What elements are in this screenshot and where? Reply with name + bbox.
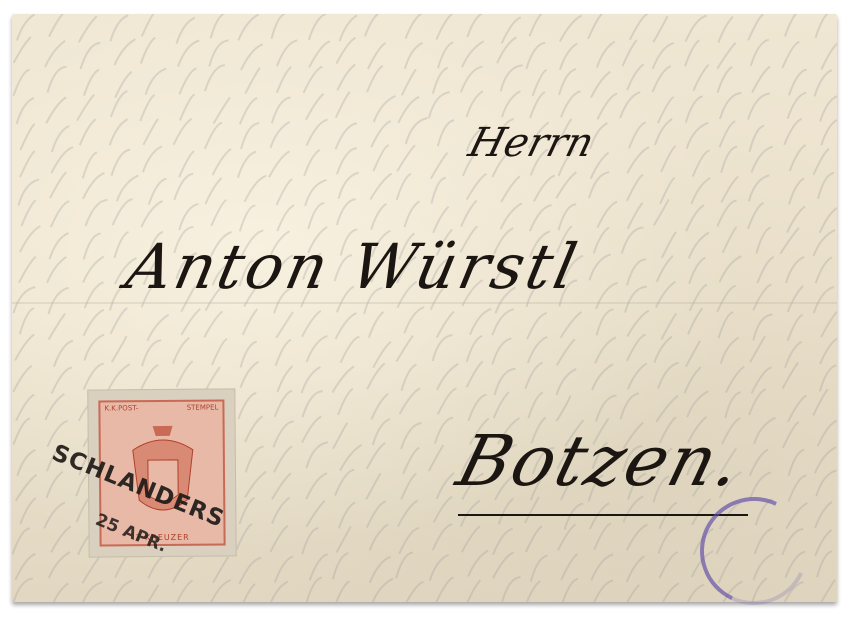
stamp-text-left: K.K.POST- bbox=[104, 404, 138, 412]
stamp-top-text: K.K.POST- STEMPEL bbox=[104, 404, 218, 413]
city-underline bbox=[458, 514, 748, 516]
recipient-city: Botzen. bbox=[449, 420, 752, 502]
salutation-text: Herrn bbox=[464, 120, 599, 166]
stamp-text-right: STEMPEL bbox=[187, 404, 219, 412]
recipient-name: Anton Würstl bbox=[120, 230, 585, 303]
